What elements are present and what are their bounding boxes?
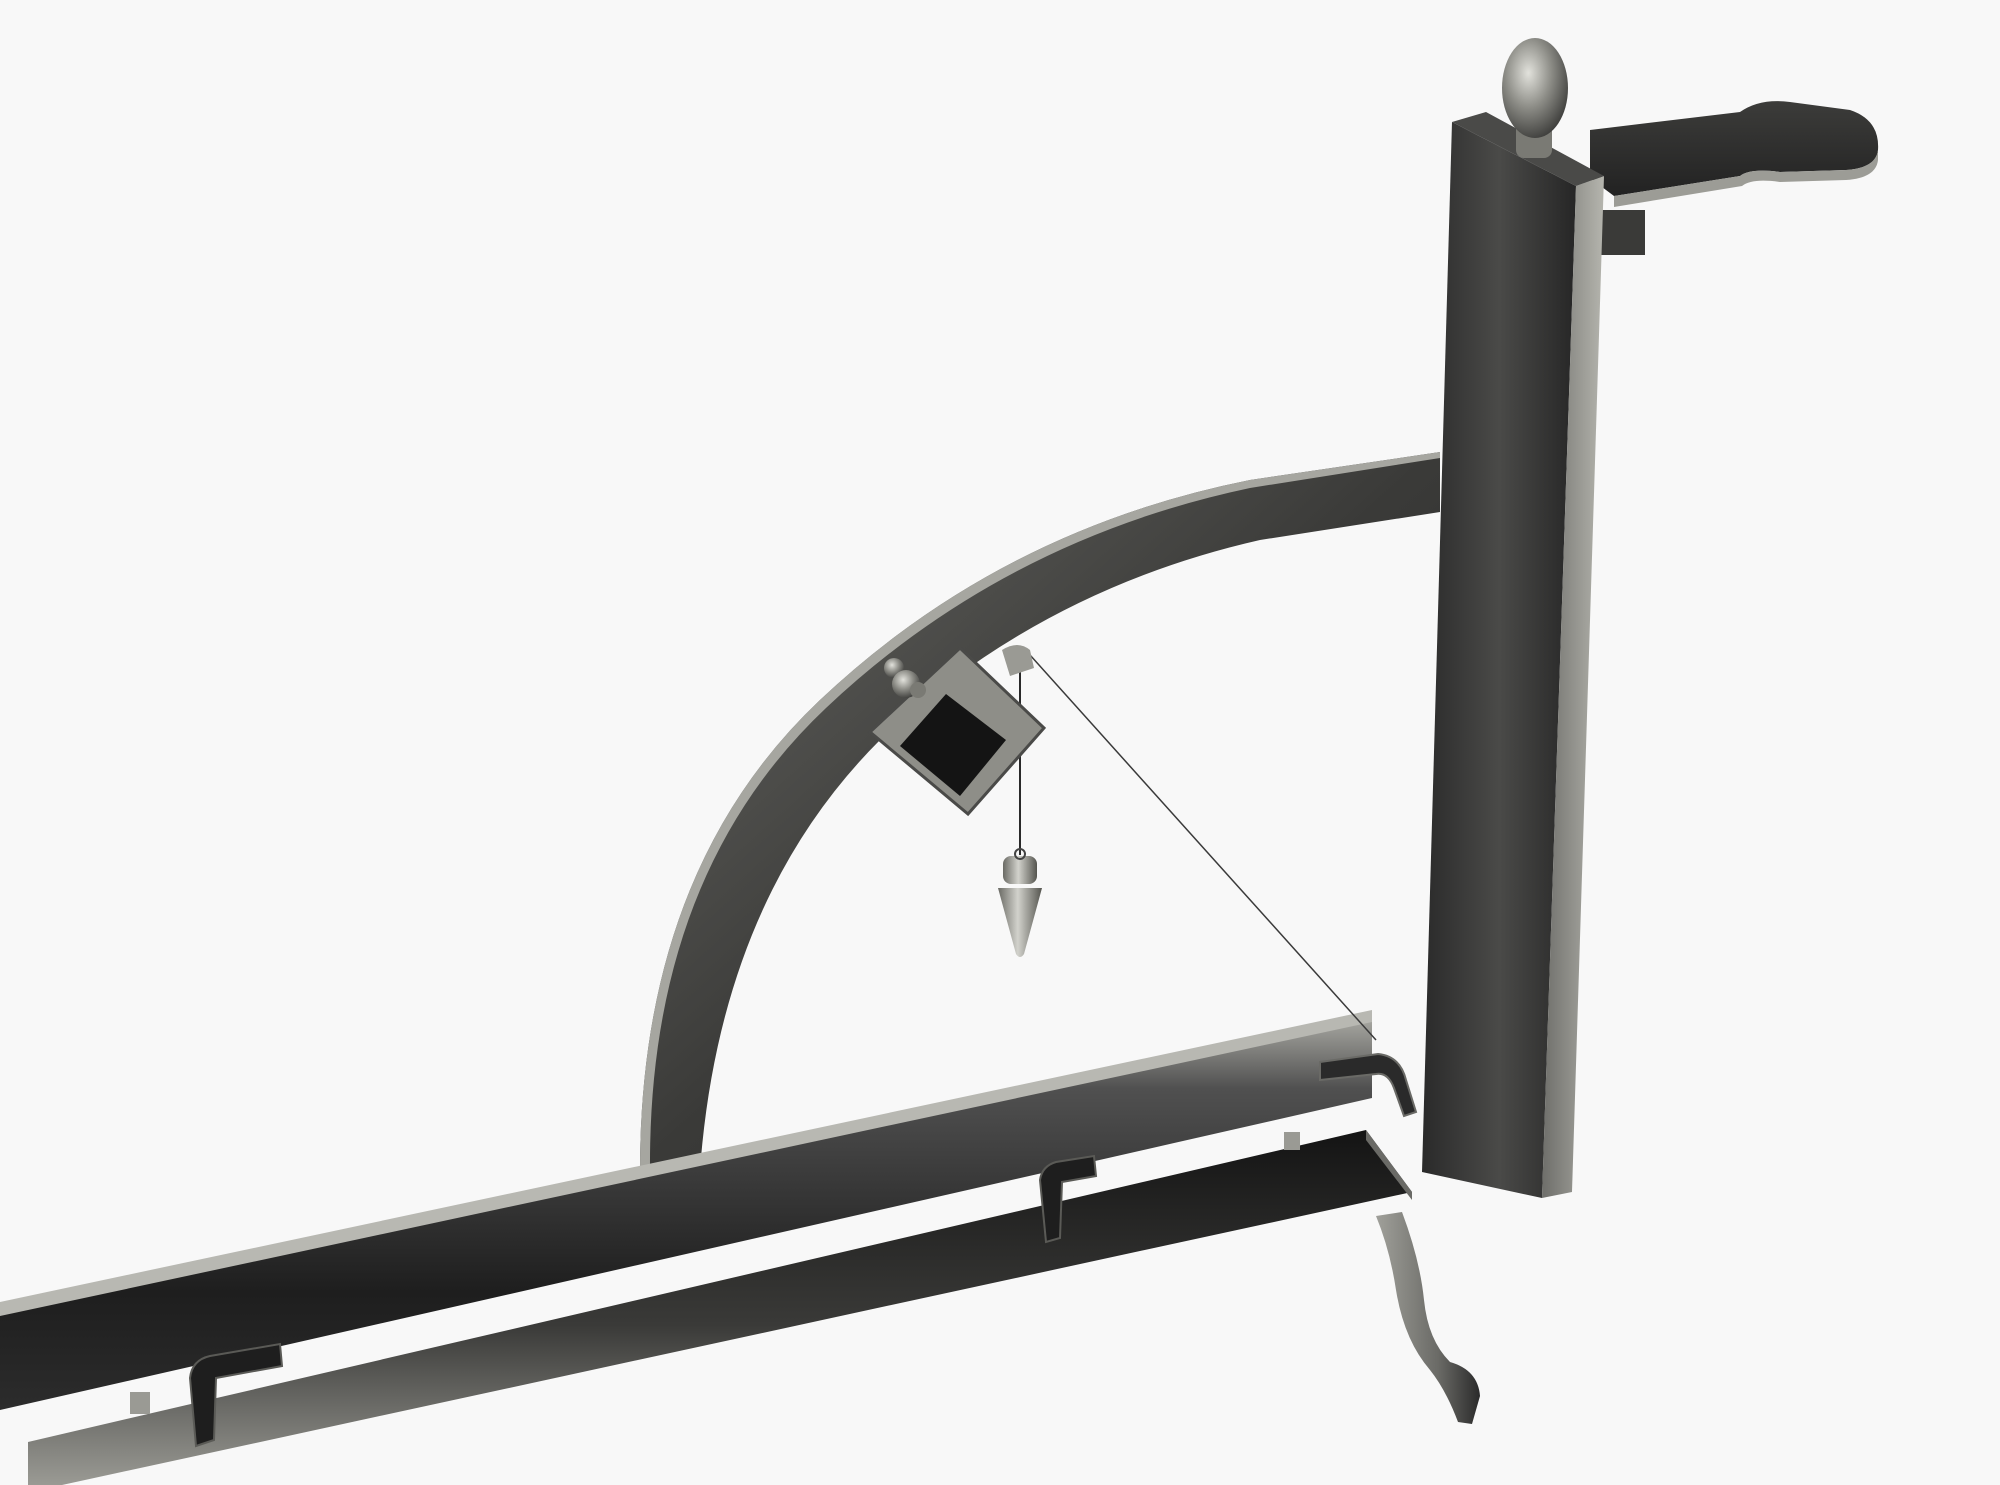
top-flat-plate <box>1590 101 1878 255</box>
scroll-foot <box>1376 1212 1480 1424</box>
plumb-line <box>1020 650 1376 1040</box>
vertical-post <box>1422 112 1604 1198</box>
plumb-bob <box>998 849 1042 957</box>
sliding-sight-block <box>870 645 1044 814</box>
quadrant-render <box>0 0 2000 1485</box>
